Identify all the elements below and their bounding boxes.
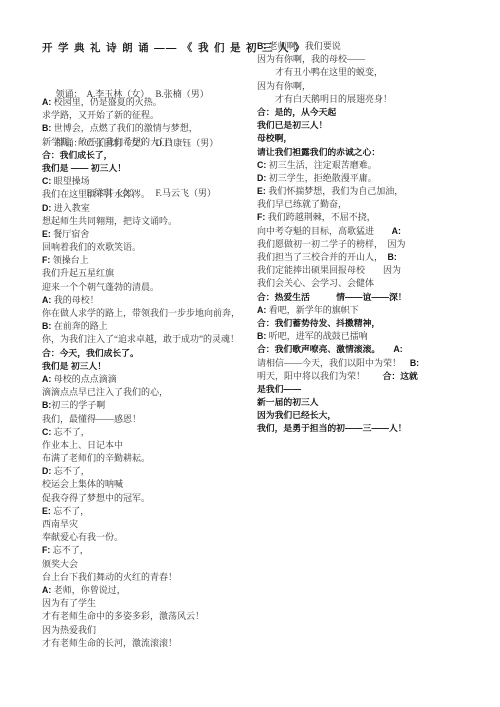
script-line-text: 初三的学子啊	[51, 400, 105, 410]
script-line-text: 才有白天鹅明日的展翅亮身！	[257, 94, 392, 104]
script-line: 我们升起五星红旗	[42, 267, 254, 280]
script-line-emphasis: 合：热爱生活 情——谊——深！	[257, 292, 407, 302]
script-line: A: 校园里，仍是盛夏的火热。	[42, 96, 254, 109]
script-line-text: 明天，阳中将以我们为荣！	[257, 371, 365, 381]
script-line: 我们会关心、会学习、会健体	[257, 277, 482, 290]
script-line-text: 才有老师生命中的多姿多彩，激荡风云！	[42, 611, 204, 621]
script-line-text: 新学期，敞开了我们希望的大门！	[42, 137, 177, 147]
script-line-emphasis: E:	[257, 186, 268, 196]
script-line: A: 看吧，新学年的旗帜下	[257, 304, 482, 317]
script-line-text: 因为有你啊，	[257, 81, 311, 91]
script-line-emphasis: 母校啊，	[257, 133, 292, 143]
script-line: 因为有你啊，	[257, 80, 482, 93]
script-line-emphasis: A:	[376, 344, 403, 354]
script-line-emphasis: C:	[42, 176, 54, 186]
script-line: 我们愿做初一初二学子的榜样， 因为	[257, 238, 482, 251]
script-line-emphasis: F:	[42, 545, 53, 555]
script-line-text: 想起师生共同翱翔，把诗文诵吟。	[42, 216, 177, 226]
script-line-text: 颁奖大会	[42, 559, 78, 569]
script-line-emphasis: 新一届的初三人	[257, 397, 319, 407]
script-line-text: 我们愿做初一初二学子的榜样， 因为	[257, 239, 406, 249]
script-line: 想起师生共同翱翔，把诗文诵吟。	[42, 215, 254, 228]
script-line: B: 世博会，点燃了我们的激情与梦想，	[42, 122, 254, 135]
script-line-text: 因为有你啊，我的母校——	[257, 54, 365, 64]
script-line-emphasis: A:	[374, 226, 401, 236]
script-line-text: 我们跨越荆棘，不屈不挠，	[268, 212, 376, 222]
script-line-text: 母校的点点滴滴	[54, 374, 117, 384]
script-line-text: 请相信——今天，我们以阳中为荣！	[257, 358, 401, 368]
script-line-emphasis: C:	[257, 160, 269, 170]
script-line-text: 校运会上集体的呐喊	[42, 479, 123, 489]
document-page: 开 学 典 礼 诗 朗 诵 —— 《 我 们 是 初 三 人 》 领诵：A.李玉…	[0, 0, 500, 707]
script-line-emphasis: 因为我们已经长大，	[257, 410, 336, 420]
script-line: A: 我的母校！	[42, 294, 254, 307]
script-line-emphasis: E:	[42, 506, 53, 516]
script-line-emphasis: 我们已是初三人！	[257, 120, 327, 130]
script-line: 才有白天鹅明日的展翅亮身！	[257, 93, 482, 106]
script-line: 向中考夺魁的目标，高歌猛进 A:	[257, 225, 482, 238]
script-line: 请相信——今天，我们以阳中为荣！ B:	[257, 357, 482, 370]
script-line: B: 听吧，进军的战鼓已擂响	[257, 330, 482, 343]
script-line-text: 我们定能捧出硕果回报母校 因为	[257, 265, 401, 275]
script-line-text: 台上台下我们舞动的火红的青春！	[42, 572, 177, 582]
script-line-emphasis: B:	[42, 400, 51, 410]
script-line-emphasis: 合：我们成长了，	[42, 150, 112, 160]
script-line-text: 西南旱灾	[42, 519, 78, 529]
script-line: F: 领操台上	[42, 254, 254, 267]
script-line-text: 才有丑小鸭在这里的蜕变，	[257, 67, 383, 77]
script-line: 是我们——	[257, 383, 482, 396]
script-line-text: 作业本上、日记本中	[42, 440, 123, 450]
script-line: 我们是 初三人！	[42, 360, 254, 373]
script-line-emphasis: 合：我们歌声嘹亮、激情滚滚。	[257, 344, 376, 354]
script-line-emphasis: B:	[257, 331, 269, 341]
script-line-text: 忘不了，	[54, 427, 90, 437]
script-line-text: 你在做人求学的路上，带领我们一步步地向前奔，	[42, 308, 240, 318]
script-line-text: 我们会关心、会学习、会健体	[257, 278, 374, 288]
script-line: 新学期，敞开了我们希望的大门！	[42, 136, 254, 149]
script-line-emphasis: 我们是 —— 初三人！	[42, 163, 126, 173]
script-line-emphasis: 我们是 初三人！	[42, 361, 106, 371]
script-line: 因为热爱我们	[42, 624, 254, 637]
script-line: 合：我们成长了，	[42, 149, 254, 162]
script-line-text: 进入教室	[54, 203, 90, 213]
script-line-emphasis: B:	[42, 321, 54, 331]
script-line: 我们担当了三校合并的开山人， B:	[257, 251, 482, 264]
script-line-text: 忘不了，	[53, 506, 89, 516]
script-line-emphasis: 合：我们蓄势待发、抖擞精神，	[257, 318, 380, 328]
script-line-emphasis: F:	[257, 212, 268, 222]
script-line: D: 忘不了，	[42, 465, 254, 478]
script-line-emphasis: C:	[42, 427, 54, 437]
script-line-text: 向中考夺魁的目标，高歌猛进	[257, 226, 374, 236]
script-line: 因为有你啊，我的母校——	[257, 53, 482, 66]
script-line: 台上台下我们舞动的火红的青春！	[42, 571, 254, 584]
script-line-text: 我们，最懂得——感恩！	[42, 414, 141, 424]
script-line-emphasis: A:	[42, 585, 54, 595]
script-line-emphasis: 是我们——	[257, 384, 301, 394]
script-line-emphasis: A:	[42, 295, 54, 305]
script-line: C: 初三生活，注定艰苦磨难。	[257, 159, 482, 172]
script-line: 促我夺得了梦想中的冠军。	[42, 492, 254, 505]
script-line-text: 世博会，点燃了我们的激情与梦想，	[54, 123, 198, 133]
script-line-emphasis: B:	[401, 358, 419, 368]
script-line: 我们已是初三人！	[257, 119, 482, 132]
script-line-text: 你，为我们注入了“追求卓越，敢于成功”的灵魂！	[42, 334, 239, 344]
script-line: 合：我们歌声嘹亮、激情滚滚。 A:	[257, 343, 482, 356]
script-line-emphasis: D:	[257, 173, 269, 183]
script-line: 新一届的初三人	[257, 396, 482, 409]
script-line: 才有老师生命中的多姿多彩，激荡风云！	[42, 610, 254, 623]
script-line-emphasis: D:	[42, 466, 54, 476]
script-line-text: 听吧，进军的战鼓已擂响	[269, 331, 368, 341]
script-line: 因为我们已经长大，	[257, 409, 482, 422]
script-line-text: 我的母校！	[54, 295, 99, 305]
script-line: 才有老师生命的长河，激流滚滚！	[42, 637, 254, 650]
script-line-text: 初三生活，注定艰苦磨难。	[269, 160, 377, 170]
script-line-text: 我们升起五星红旗	[42, 268, 114, 278]
script-line-text: 求学路，又开始了新的征程。	[42, 110, 159, 120]
script-line: 母校啊，	[257, 132, 482, 145]
script-line-emphasis: D:	[42, 203, 54, 213]
script-line-text: 领操台上	[53, 255, 89, 265]
script-line: 我们是 —— 初三人！	[42, 162, 254, 175]
script-line: E: 餐厅宿舍	[42, 228, 254, 241]
script-line-text: 促我夺得了梦想中的冠军。	[42, 493, 150, 503]
script-line-emphasis: 合：是的，从今天起	[257, 107, 336, 117]
script-line: 我们定能捧出硕果回报母校 因为	[257, 264, 482, 277]
script-line: 合：热爱生活 情——谊——深！	[257, 291, 482, 304]
script-line: A: 老师，你曾说过，	[42, 584, 254, 597]
script-line-emphasis: A:	[257, 305, 269, 315]
script-line-text: 老师，你曾说过，	[54, 585, 126, 595]
script-line: 明天，阳中将以我们为荣！ 合：这就	[257, 370, 482, 383]
script-line: D: 进入教室	[42, 202, 254, 215]
script-line: 布满了老师们的辛勤耕耘。	[42, 452, 254, 465]
script-line: 我们，最懂得——感恩！	[42, 413, 254, 426]
script-line: B: 老师啊，我们要说	[257, 40, 482, 53]
script-line: 校运会上集体的呐喊	[42, 478, 254, 491]
script-line-emphasis: 合：这就	[365, 371, 418, 381]
script-line: F: 我们跨越荆棘，不屈不挠，	[257, 211, 482, 224]
script-line-emphasis: B:	[257, 41, 269, 51]
script-line-text: 我们在这里洒下汗水涔涔。	[42, 189, 150, 199]
script-line: E: 忘不了，	[42, 505, 254, 518]
script-line: E: 我们怀揣梦想，我们为自己加油，	[257, 185, 482, 198]
script-line-text: 布满了老师们的辛勤耕耘。	[42, 453, 150, 463]
script-line-text: 回响着我们的欢歌笑语。	[42, 242, 141, 252]
script-line: D: 初三学生，拒绝散漫平庸。	[257, 172, 482, 185]
script-line-text: 我们担当了三校合并的开山人，	[257, 252, 388, 262]
script-line-text: 我们早已练就了勤奋，	[257, 199, 347, 209]
script-line-text: 老师啊，我们要说	[269, 41, 341, 51]
script-line: 迎来一个个朝气蓬勃的清晨。	[42, 281, 254, 294]
script-line: 我们在这里洒下汗水涔涔。	[42, 188, 254, 201]
script-line-emphasis: E:	[42, 229, 53, 239]
script-line: 我们，是勇于担当的初——三——人！	[257, 422, 482, 435]
script-line: C: 忘不了，	[42, 426, 254, 439]
script-column-right: B: 老师啊，我们要说因为有你啊，我的母校—— 才有丑小鸭在这里的蜕变，因为有你…	[257, 40, 482, 436]
script-line: 回响着我们的欢歌笑语。	[42, 241, 254, 254]
script-line-text: 忘不了，	[54, 466, 90, 476]
script-line: C: 眼望操场	[42, 175, 254, 188]
script-line-text: 迎来一个个朝气蓬勃的清晨。	[42, 282, 159, 292]
script-line-emphasis: 我们，是勇于担当的初——三——人！	[257, 423, 407, 433]
script-line-text: 忘不了，	[53, 545, 89, 555]
script-line: 我们早已练就了勤奋，	[257, 198, 482, 211]
script-line-emphasis: B:	[42, 123, 54, 133]
script-line: 因为有了学生	[42, 597, 254, 610]
script-line: 作业本上、日记本中	[42, 439, 254, 452]
script-line: 合：我们蓄势待发、抖擞精神，	[257, 317, 482, 330]
script-line: F: 忘不了，	[42, 544, 254, 557]
script-line-text: 因为有了学生	[42, 598, 96, 608]
script-line: 你，为我们注入了“追求卓越，敢于成功”的灵魂！	[42, 333, 254, 346]
script-line-emphasis: F:	[42, 255, 53, 265]
script-line-text: 看吧，新学年的旗帜下	[269, 305, 359, 315]
script-line-text: 眼望操场	[54, 176, 90, 186]
script-line: 请让我们袒露我们的赤诚之心：	[257, 146, 482, 159]
script-line: 合：今天，我们成长了。	[42, 347, 254, 360]
script-line-emphasis: B:	[388, 252, 397, 262]
script-line-text: 初三学生，拒绝散漫平庸。	[269, 173, 377, 183]
script-line: 你在做人求学的路上，带领我们一步步地向前奔，	[42, 307, 254, 320]
script-line-text: 在前奔的路上	[54, 321, 108, 331]
script-line-text: 餐厅宿舍	[53, 229, 89, 239]
script-line-emphasis: A:	[42, 97, 54, 107]
script-line-emphasis: 合：今天，我们成长了。	[42, 348, 139, 358]
script-line: A: 母校的点点滴滴	[42, 373, 254, 386]
script-line-emphasis: 请让我们袒露我们的赤诚之心：	[257, 147, 380, 157]
script-line-text: 校园里，仍是盛夏的火热。	[54, 97, 162, 107]
script-line: 才有丑小鸭在这里的蜕变，	[257, 66, 482, 79]
script-line-emphasis: A:	[42, 374, 54, 384]
script-line-text: 滴滴点点早已注入了我们的心，	[42, 387, 168, 397]
script-column-left: A: 校园里，仍是盛夏的火热。求学路，又开始了新的征程。B: 世博会，点燃了我们…	[42, 96, 254, 650]
script-line-text: 因为热爱我们	[42, 625, 96, 635]
script-line: 奉献爱心有我一份。	[42, 531, 254, 544]
script-line-text: 才有老师生命的长河，激流滚滚！	[42, 638, 177, 648]
script-line: 合：是的，从今天起	[257, 106, 482, 119]
script-line: 西南旱灾	[42, 518, 254, 531]
script-line: B:初三的学子啊	[42, 399, 254, 412]
script-line: 滴滴点点早已注入了我们的心，	[42, 386, 254, 399]
script-line: 颁奖大会	[42, 558, 254, 571]
script-line-text: 我们怀揣梦想，我们为自己加油，	[268, 186, 403, 196]
script-line: B: 在前奔的路上	[42, 320, 254, 333]
script-line-text: 奉献爱心有我一份。	[42, 532, 123, 542]
script-line: 求学路，又开始了新的征程。	[42, 109, 254, 122]
